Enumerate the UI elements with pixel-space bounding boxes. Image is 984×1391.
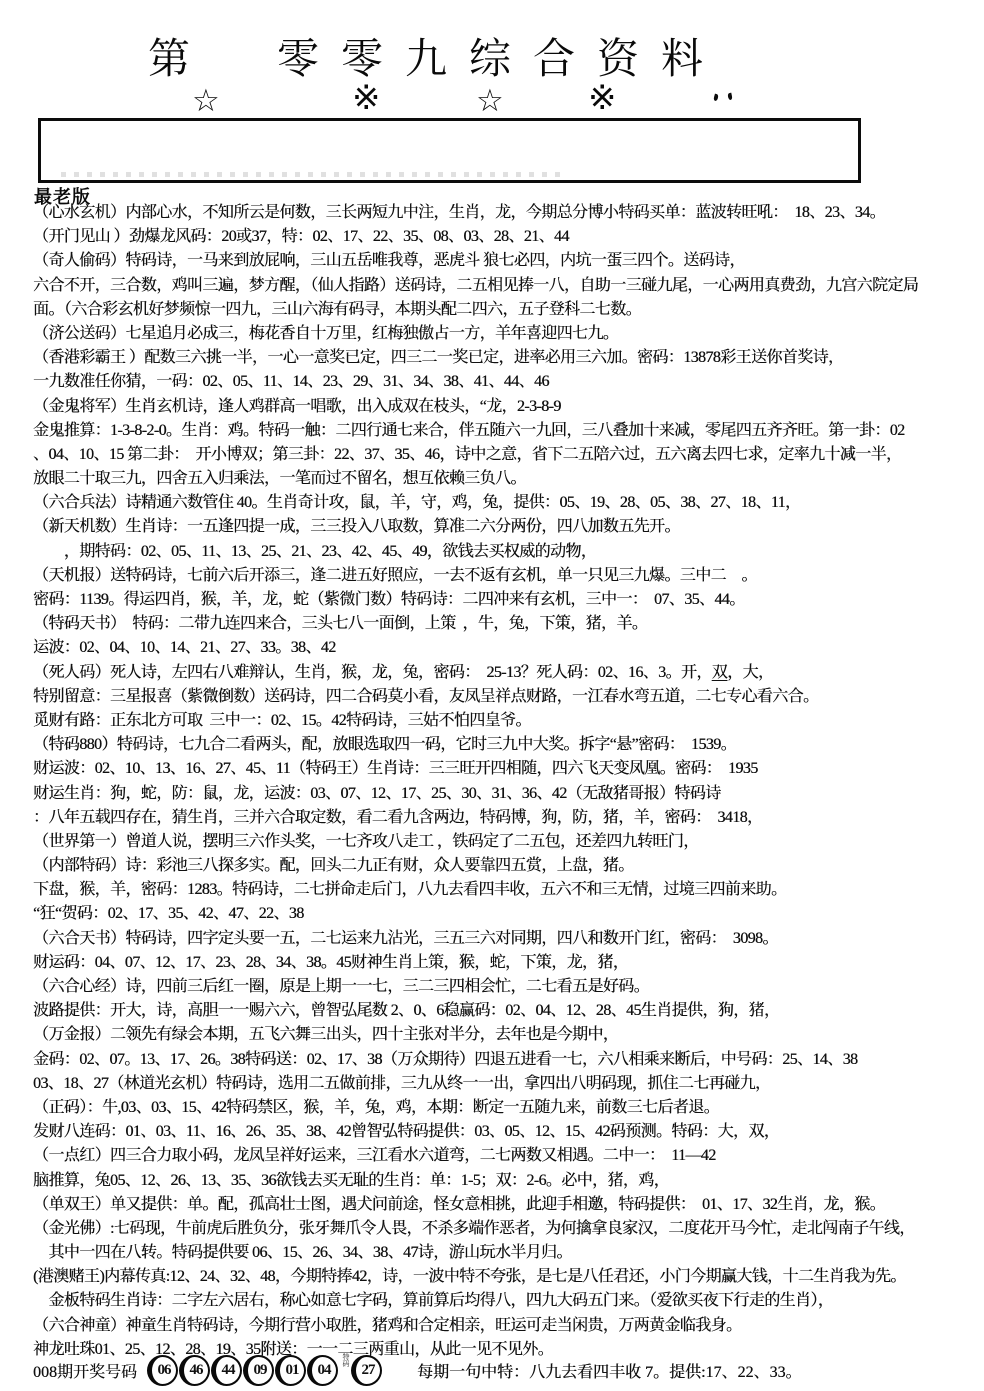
number-ball: 44 — [211, 1355, 242, 1386]
star-icon: ☆ — [476, 84, 504, 118]
text-line: （六合天书）特码诗，四字定头要一五，二七运来九沾光，三五三六对同期，四八和数开门… — [33, 927, 981, 951]
text-line: 脑推算，兔05、12、26、13、35、36欲钱去买无耻的生肖：单：1-5；双：… — [33, 1169, 981, 1193]
number-ball: 46 — [179, 1355, 210, 1386]
text-line: （天机报）送特码诗，七前六后开添三，逢二进五好照应，一去不返有玄机，单一只见三九… — [33, 564, 981, 588]
text-line: ，期特码：02、05、11、13、25、21、23、42、45、49，欲钱去买权… — [33, 540, 981, 564]
text-line: （心水玄机）内部心水，不知所云是何数，三长两短九中注，生肖，龙，今期总分博小特码… — [33, 201, 981, 225]
body-lines: （心水玄机）内部心水，不知所云是何数，三长两短九中注，生肖，龙，今期总分博小特码… — [33, 201, 981, 1362]
underlined-text: 双 — [712, 664, 727, 681]
scan-artifact — [61, 172, 561, 177]
reference-mark-icon: ※ — [588, 82, 617, 116]
text-line: （六合心经）诗，四前三后红一圈，原是上期一一七，三二三四相会忙，二七看五是好码。 — [33, 975, 981, 999]
text-line: 03、18、27（林道光玄机）特码诗，选用二五做前排，三九从终一一出，拿四出八明… — [33, 1072, 981, 1096]
text-line: 下盘，猴，羊，密码：1283。特码诗，二七拼命走后门，八九去看四丰收，五六不和三… — [33, 878, 981, 902]
text-line: （奇人偷码）特码诗，一马来到放屁响，三山五岳唯我尊，恶虎斗 狼七必四，内坑一蛋三… — [33, 249, 981, 273]
number-ball: 06 — [147, 1355, 178, 1386]
text-line: 金码：02、07。13、17、26。38特码送：02、17、38（万众期待）四退… — [33, 1048, 981, 1072]
text-line: 面。（六合彩玄机好梦频惊一四九，三山六海有码寻，本期头配二四六，五子登科二七数。 — [33, 298, 981, 322]
text-line: （六合兵法）诗精通六数管住 40。生肖奇计攻，鼠，羊，守，鸡，兔，提供：05、1… — [33, 491, 981, 515]
text-line: 财运码：04、07、12、17、23、28、34、38。45财神生肖上策，猴，蛇… — [33, 951, 981, 975]
number-ball: 04 — [307, 1355, 338, 1386]
text-line: 一九数准任你猜，一码：02、05、11、14、23、29、31、34、38、41… — [33, 370, 981, 394]
text-line: 财运生肖：狗，蛇，防：鼠，龙，运波：03、07、12、17、25、30、31、3… — [33, 782, 981, 806]
number-ball: 01 — [275, 1355, 306, 1386]
text-line: （正码）：牛,03、03、15、42特码禁区，猴，羊，兔，鸡，本期：断定一五随九… — [33, 1096, 981, 1120]
draw-result-row: 008期开奖号码 064644090104特码27 每期一句中特：八九去看四丰收… — [33, 1350, 973, 1390]
text-line: “狂“贺码：02、17、35、42、47、22、38 — [33, 902, 981, 926]
page: 第 零零九综合资料 ☆※☆※ 最老版 （心水玄机）内部心水，不知所云是何数，三长… — [0, 0, 984, 1391]
text-line: 财运波：02、10、13、16、27、45、11（特码王）生肖诗：三三旺开四相随… — [33, 757, 981, 781]
text-line: （金光佛）:七码现，牛前虎后胜负分，张牙舞爪令人畏，不杀多端作恶者，为何擒拿良家… — [33, 1217, 981, 1241]
text-line: ：八年五载四存在，猜生肖，三并六合取定数，看二看九含两边，特码博，狗，防，猪，羊… — [33, 806, 981, 830]
number-ball: 09 — [243, 1355, 274, 1386]
text-line: 觅财有路：正东北方可取 三中一：02、15。42特码诗，三姑不怕四皇爷。 — [33, 709, 981, 733]
headline-box — [38, 118, 861, 183]
text-line: 金板特码生肖诗：二字左六居右，称心如意七字码，算前算后均得八，四九大码五门来。（… — [33, 1289, 981, 1313]
text-line: （死人码）死人诗，左四右八难辩认，生肖，猴，龙，兔，密码： 25-13？死人码：… — [33, 661, 981, 685]
text-line: （单双王）单又提供：单。配，孤高壮士图，遇犬问前途，怪女意相挑，此迎手相邀，特码… — [33, 1193, 981, 1217]
text-line: （开门见山 ）劲爆龙风码：20或37，特：02、17、22、35、08、03、2… — [33, 225, 981, 249]
text-line: （内部特码）诗：彩池三八探多实。配，回头二九正有财，众人要靠四五赏，上盘，猪。 — [33, 854, 981, 878]
star-icon: ☆ — [192, 84, 220, 118]
text-line: 密码：1139。得运四肖，猴，羊，龙，蛇（紫微门数）特码诗：二四冲来有玄机，三中… — [33, 588, 981, 612]
reference-mark-icon: ※ — [352, 82, 381, 116]
special-number-ball: 27 — [351, 1355, 382, 1386]
text-segment: ，大， — [727, 664, 773, 681]
text-line: （世界第一）曾道人说，摆明三六作头奖，一七齐攻八走工 ，铁码定了二五包，还差四九… — [33, 830, 981, 854]
text-line: (港澳赌王)内幕传真:12、24、32、48，今期特捧42，诗，一波中特不夸张，… — [33, 1265, 981, 1289]
text-line: （济公送码）七星追月必成三，梅花香自十万里，红梅独傲占一方，羊年喜迎四七九。 — [33, 322, 981, 346]
text-line: 特别留意：三星报喜（紫微倒数）送码诗，四二合码莫小看，友凤呈祥点财路，一江春水弯… — [33, 685, 981, 709]
text-line: （香港彩霸王 ）配数三六挑一半，一心一意奖已定，四三二一奖已定，进率必用三六加。… — [33, 346, 981, 370]
draw-numbers: 064644090104特码27 — [147, 1353, 383, 1387]
text-line: 六合不开，三合数，鸡叫三遍，梦方醒，（仙人指路）送码诗，二五相见捧一八，自助一三… — [33, 274, 981, 298]
text-line: 放眼二十取三九，四舍五入归乘法，一笔而过不留名，想互依赖三负八。 — [33, 467, 981, 491]
text-line: 波路提供：开大，诗，高胆一一赐六六，曾智弘尾数 2、0、6稳赢码：02、04、1… — [33, 999, 981, 1023]
text-line: 其中一四在八转。特码提供要 06、15、26、34、38、47诗，游山玩水半月归… — [33, 1241, 981, 1265]
text-line: （一点红）四三合力取小码，龙凤呈祥好运来，三江看水六道弯，二七两数又相遇。二中一… — [33, 1144, 981, 1168]
text-segment: （死人码）死人诗，左四右八难辩认，生肖，猴，龙，兔，密码： 25-13？死人码：… — [33, 664, 712, 681]
page-title: 第 零零九综合资料 — [148, 26, 725, 86]
text-line: 发财八连码：01、03、11、16、26、35、38、42曾智弘特码提供：03、… — [33, 1120, 981, 1144]
draw-tip-text: 每期一句中特：八九去看四丰收 7。提供:17、22、33。 — [417, 1359, 801, 1382]
text-line: （特码880）特码诗，七九合二看两头，配，放眼选取四一码，它时三九中大奖。拆字“… — [33, 733, 981, 757]
text-line: （特码天书） 特码：二带九连四来合，三头七八一面倒，上策 ，牛，兔，下策，猪，羊… — [33, 612, 981, 636]
text-line: 金鬼推算：1-3-8-2-0。生肖：鸡。特码一触：二四行通七来合，伴五随六一九回… — [33, 419, 981, 443]
text-line: 运波：02、04、10、14、21、27、33。38、42 — [33, 636, 981, 660]
text-line: （六合神童）神童生肖特码诗，今期行营小取胜，猪鸡和合定相亲，旺运可走当闲贵，万两… — [33, 1314, 981, 1338]
special-number-marker: 特码 — [340, 1353, 350, 1387]
text-line: 、04、10、15 第二卦： 开小博双；第三卦：22、37、35、46，诗中之意… — [33, 443, 981, 467]
text-line: （金鬼将军）生肖玄机诗，逢人鸡群高一唱歌，出入成双在枝头，“龙，2-3-8-9 — [33, 395, 981, 419]
text-line: （万金报）二领先有绿会本期，五飞六舞三出头，四十主张对半分，去年也是今期中， — [33, 1023, 981, 1047]
draw-period-label: 008期开奖号码 — [33, 1359, 137, 1382]
text-line: （新天机数）生肖诗：一五逢四提一成，三三投入八取数，算准二六分两份，四八加数五先… — [33, 515, 981, 539]
